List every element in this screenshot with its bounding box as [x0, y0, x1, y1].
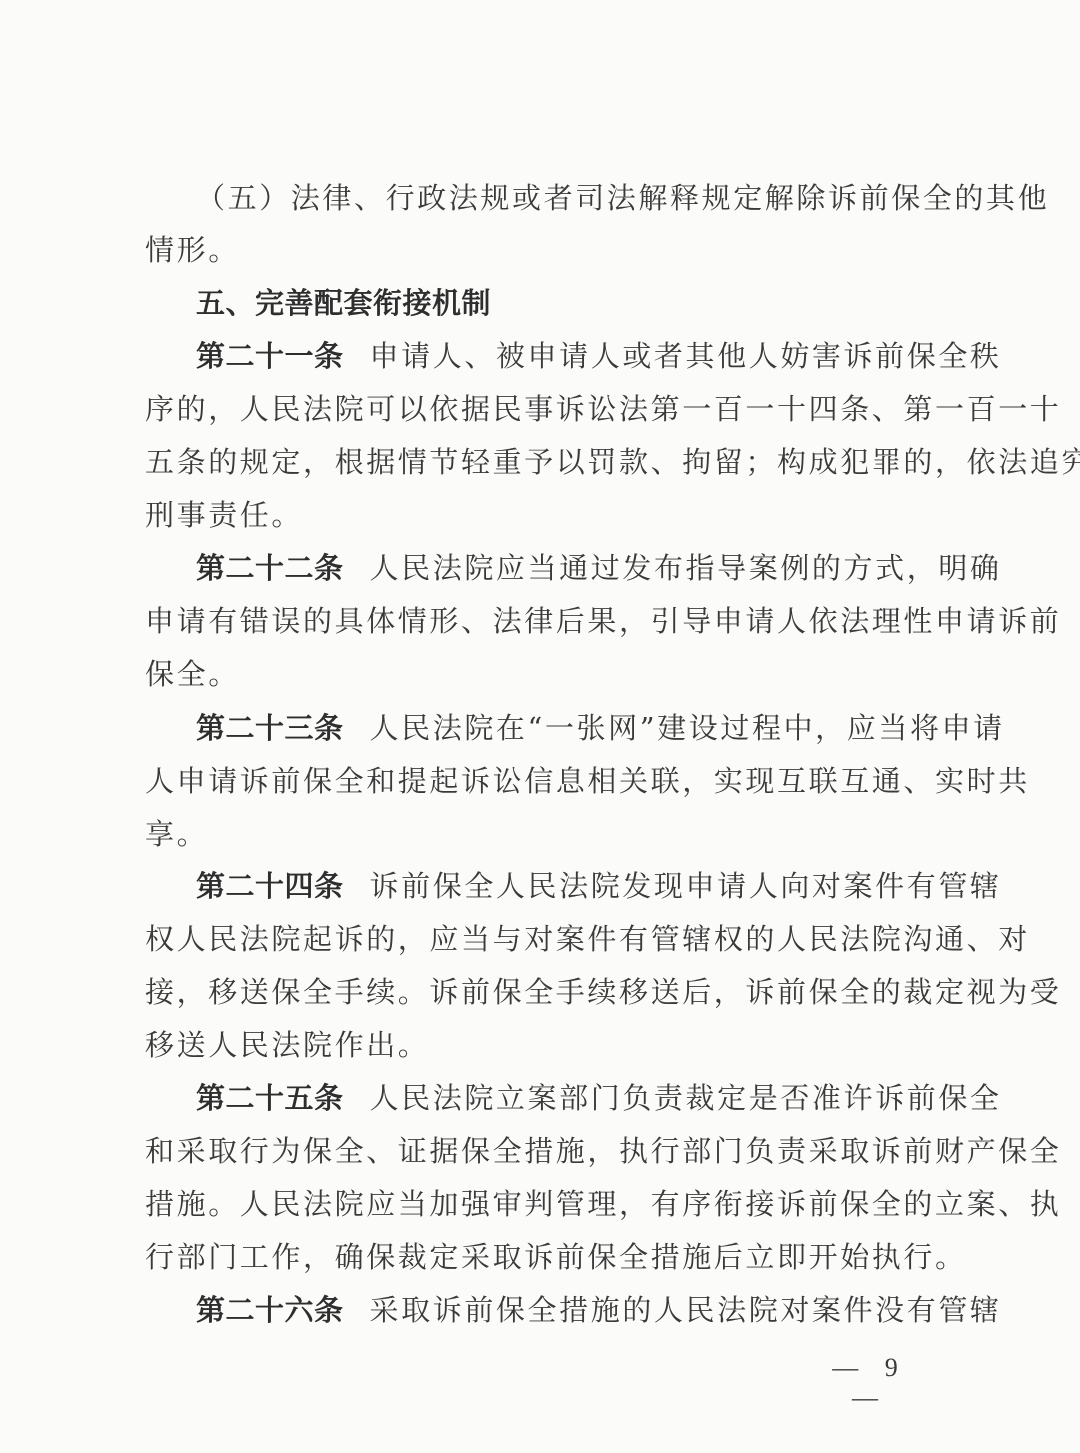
article-22-line-1: 第二十二条人民法院应当通过发布指导案例的方式，明确: [196, 550, 935, 590]
article-21-label: 第二十一条: [196, 339, 344, 373]
article-22-line-2: 申请有错误的具体情形、法律后果，引导申请人依法理性申请诉前: [145, 603, 935, 643]
article-21-line-3: 五条的规定，根据情节轻重予以罚款、拘留；构成犯罪的，依法追究: [145, 444, 935, 484]
article-22-text-1: 人民法院应当通过发布指导案例的方式，明确: [370, 551, 1002, 585]
article-25-text-1: 人民法院立案部门负责裁定是否准许诉前保全: [370, 1081, 1002, 1115]
article-26-label: 第二十六条: [196, 1293, 344, 1327]
article-24-line-3: 接，移送保全手续。诉前保全手续移送后，诉前保全的裁定视为受: [145, 974, 935, 1014]
article-21-line-4: 刑事责任。: [145, 497, 935, 537]
article-23-line-2: 人申请诉前保全和提起诉讼信息相关联，实现互联互通、实时共: [145, 763, 935, 803]
article-26-text-1: 采取诉前保全措施的人民法院对案件没有管辖: [370, 1293, 1002, 1327]
article-23-line-3: 享。: [145, 816, 935, 856]
article-21-line-1: 第二十一条申请人、被申请人或者其他人妨害诉前保全秩: [196, 338, 935, 378]
article-22-label: 第二十二条: [196, 551, 344, 585]
item-5-line-1: （五）法律、行政法规或者司法解释规定解除诉前保全的其他: [196, 180, 935, 220]
article-23-line-1: 第二十三条人民法院在“一张网”建设过程中，应当将申请: [196, 710, 935, 750]
section-heading: 五、完善配套衔接机制: [196, 285, 935, 325]
item-5-line-2: 情形。: [145, 232, 935, 272]
article-24-line-2: 权人民法院起诉的，应当与对案件有管辖权的人民法院沟通、对: [145, 921, 935, 961]
article-21-line-2: 序的，人民法院可以依据民事诉讼法第一百一十四条、第一百一十: [145, 391, 935, 431]
article-22-line-3: 保全。: [145, 656, 935, 696]
page-number: — 9 —: [820, 1353, 920, 1413]
article-25-line-1: 第二十五条人民法院立案部门负责裁定是否准许诉前保全: [196, 1080, 935, 1120]
article-25-line-4: 行部门工作，确保裁定采取诉前保全措施后立即开始执行。: [145, 1239, 935, 1279]
article-24-label: 第二十四条: [196, 869, 344, 903]
article-23-label: 第二十三条: [196, 711, 344, 745]
article-24-line-1: 第二十四条诉前保全人民法院发现申请人向对案件有管辖: [196, 868, 935, 908]
article-25-label: 第二十五条: [196, 1081, 344, 1115]
article-25-line-3: 措施。人民法院应当加强审判管理，有序衔接诉前保全的立案、执: [145, 1186, 935, 1226]
article-21-text-1: 申请人、被申请人或者其他人妨害诉前保全秩: [370, 339, 1002, 373]
article-24-line-4: 移送人民法院作出。: [145, 1027, 935, 1067]
document-page: （五）法律、行政法规或者司法解释规定解除诉前保全的其他 情形。 五、完善配套衔接…: [0, 0, 1080, 1453]
article-24-text-1: 诉前保全人民法院发现申请人向对案件有管辖: [370, 869, 1002, 903]
article-25-line-2: 和采取行为保全、证据保全措施，执行部门负责采取诉前财产保全: [145, 1133, 935, 1173]
article-26-line-1: 第二十六条采取诉前保全措施的人民法院对案件没有管辖: [196, 1292, 935, 1332]
article-23-text-1: 人民法院在“一张网”建设过程中，应当将申请: [370, 711, 1005, 745]
